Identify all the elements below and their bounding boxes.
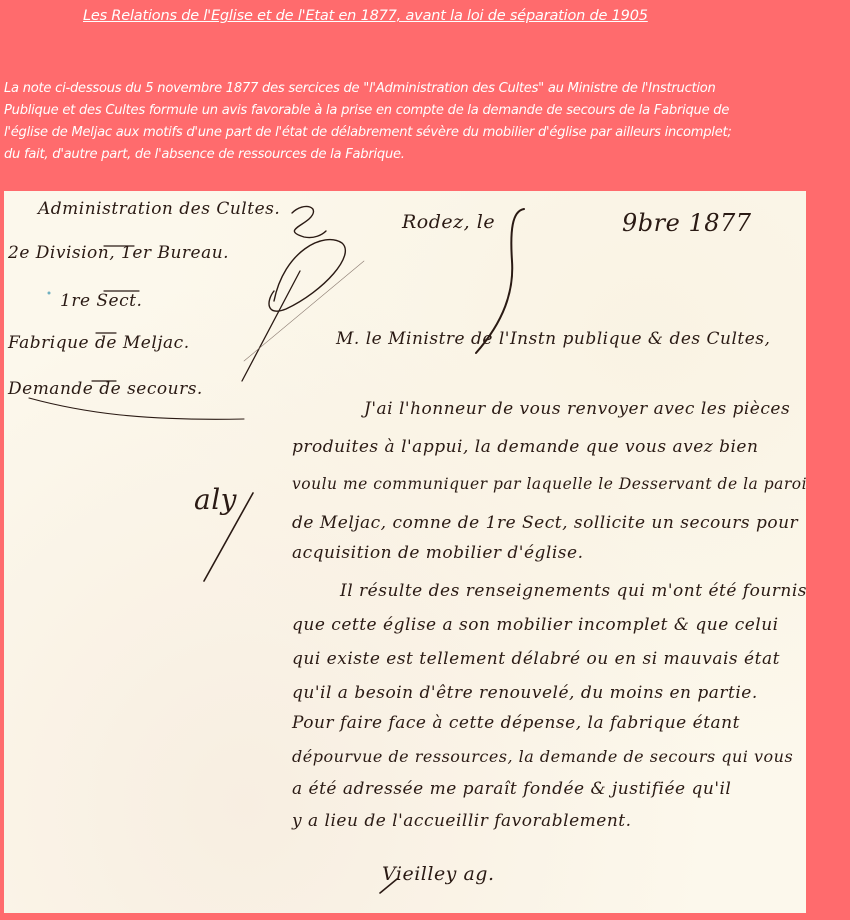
margin-header: Administration des Cultes. (38, 199, 280, 219)
intro-line: l'église de Meljac aux motifs d'une part… (4, 122, 850, 144)
letter-body-line: Pour faire face à cette dépense, la fabr… (292, 713, 740, 733)
letter-place: Rodez, le (402, 211, 495, 233)
margin-section: 1re Sect. (60, 291, 142, 311)
intro-line: La note ci-dessous du 5 novembre 1877 de… (4, 78, 850, 100)
letter-date: 9bre 1877 (622, 209, 752, 237)
scanned-letter-image: Administration des Cultes. 2e Division, … (4, 191, 806, 913)
margin-division: 2e Division, 1er Bureau. (8, 243, 229, 263)
intro-line: Publique et des Cultes formule un avis f… (4, 100, 850, 122)
letter-addressee: M. le Ministre de l'Instn publique & des… (336, 329, 770, 349)
letter-body-line: y a lieu de l'accueillir favorablement. (292, 811, 632, 831)
margin-initials: aly (194, 483, 237, 516)
intro-paragraph: La note ci-dessous du 5 novembre 1877 de… (4, 78, 850, 166)
margin-subject: Fabrique de Meljac. (8, 333, 190, 353)
letter-body-line: Il résulte des renseignements qui m'ont … (340, 581, 806, 601)
letter-body-line: de Meljac, comne de 1re Sect, sollicite … (292, 513, 798, 533)
letter-body-line: qui existe est tellement délabré ou en s… (292, 649, 780, 669)
letter-body-line: que cette église a son mobilier incomple… (292, 615, 779, 635)
letter-body-line: J'ai l'honneur de vous renvoyer avec les… (364, 399, 790, 419)
page-title: Les Relations de l'Eglise et de l'Etat e… (0, 8, 850, 24)
intro-line: du fait, d'autre part, de l'absence de r… (4, 144, 850, 166)
letter-body-line: qu'il a besoin d'être renouvelé, du moin… (292, 683, 758, 703)
letter-body-line: a été adressée me paraît fondée & justif… (292, 779, 731, 799)
letter-body-line: dépourvue de ressources, la demande de s… (292, 747, 793, 766)
margin-object: Demande de secours. (8, 379, 203, 399)
letter-body-line: voulu me communiquer par laquelle le Des… (292, 475, 806, 493)
letter-body-line: produites à l'appui, la demande que vous… (292, 437, 758, 457)
letter-body-line: acquisition de mobilier d'église. (292, 543, 584, 563)
letter-signature: Vieilley ag. (382, 863, 495, 885)
